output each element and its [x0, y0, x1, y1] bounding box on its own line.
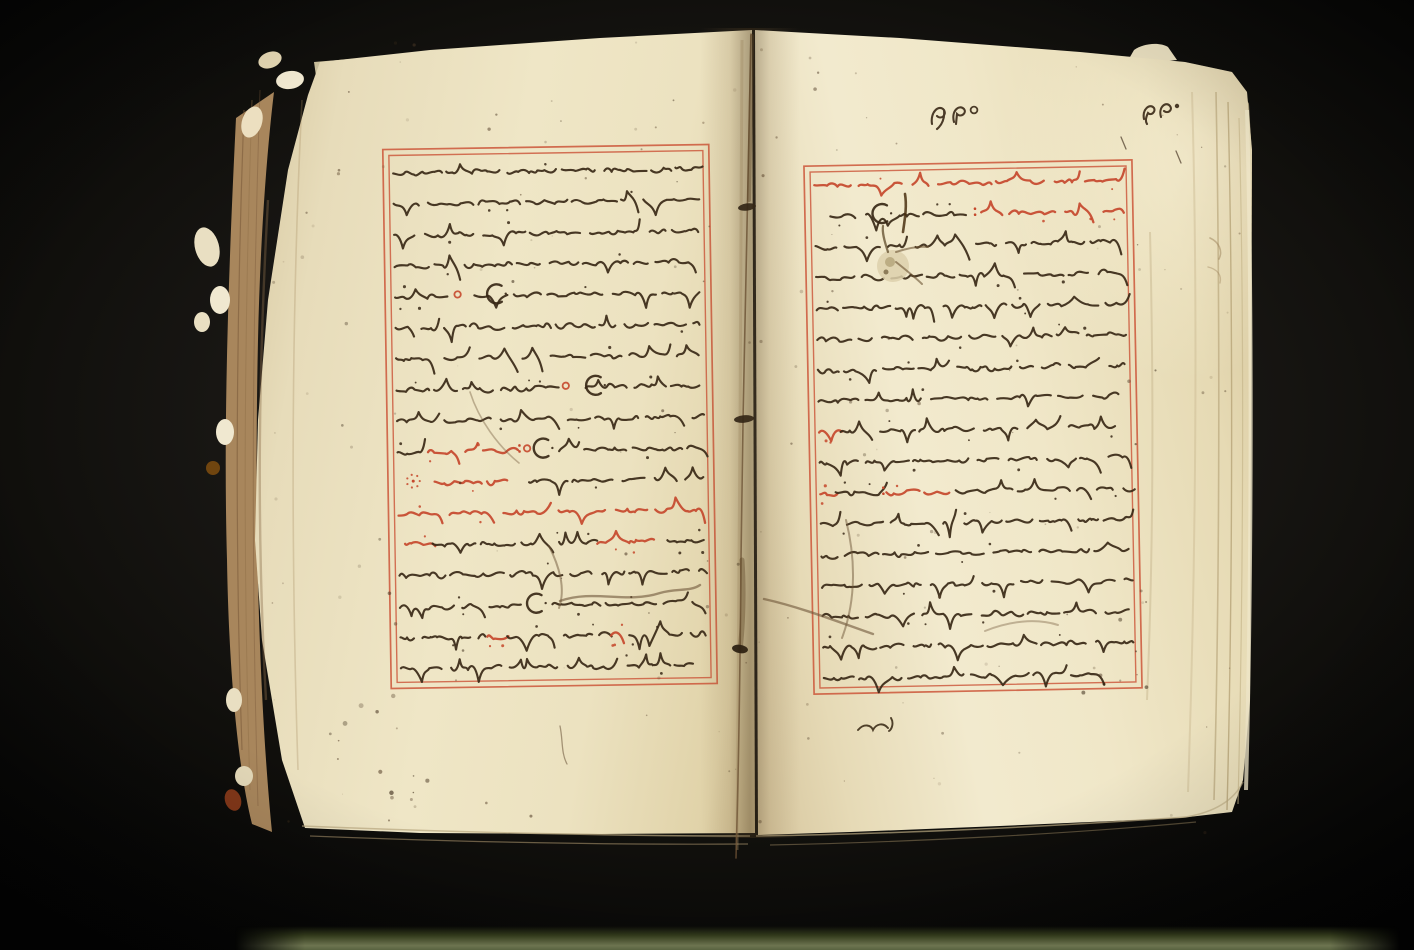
paper-speck [620, 452, 621, 453]
paper-speck [375, 710, 378, 713]
paper-speck [410, 798, 413, 801]
paper-speck [1093, 667, 1096, 670]
paper-speck [1119, 680, 1121, 682]
paper-speck [342, 794, 343, 795]
paper-speck [844, 780, 845, 781]
paper-speck [807, 737, 810, 740]
paper-speck [831, 234, 832, 235]
paper-speck [941, 732, 944, 735]
paper-speck [1154, 369, 1156, 371]
paper-speck [800, 290, 804, 294]
paper-speck [396, 727, 398, 729]
paper-speck [388, 819, 390, 821]
paper-speck [1098, 225, 1101, 228]
paper-speck [674, 293, 675, 294]
paper-speck [413, 792, 415, 794]
paper-speck [885, 409, 888, 412]
paper-speck [272, 281, 275, 284]
paper-speck [399, 61, 401, 63]
paper-speck [382, 165, 385, 168]
paper-speck [544, 141, 547, 144]
paper-speck [702, 122, 704, 124]
paper-speck [1081, 691, 1085, 695]
paper-speck [866, 117, 867, 118]
paper-speck [1016, 344, 1018, 346]
paper-speck [378, 770, 382, 774]
paper-speck [648, 612, 650, 614]
paper-speck [274, 699, 275, 700]
paper-speck [735, 769, 736, 770]
paper-speck [343, 721, 348, 726]
paper-speck [938, 782, 941, 785]
paper-speck [391, 694, 395, 698]
paper-speck [758, 820, 761, 823]
paper-speck [1138, 268, 1141, 271]
paper-speck [673, 99, 675, 101]
paper-speck [903, 702, 904, 703]
paper-speck [794, 365, 797, 368]
paper-speck [485, 802, 488, 805]
paper-speck [305, 212, 307, 214]
paper-speck [725, 613, 728, 616]
paper-speck [560, 120, 562, 122]
manuscript-photograph [0, 0, 1414, 950]
paper-speck [495, 113, 497, 115]
paper-speck [272, 602, 274, 604]
paper-speck [706, 605, 709, 608]
paper-speck [459, 482, 462, 485]
paper-speck [312, 224, 315, 227]
paper-speck [338, 169, 341, 172]
paper-speck [520, 194, 522, 196]
paper-speck [1018, 752, 1020, 754]
paper-speck [1180, 288, 1182, 290]
paper-speck [718, 731, 719, 732]
paper-speck [394, 412, 396, 414]
paper-speck [896, 143, 898, 145]
paper-speck [561, 578, 562, 579]
paper-speck [306, 392, 309, 395]
paper-speck [1145, 601, 1147, 603]
paper-speck [1066, 614, 1068, 616]
paper-speck [338, 740, 340, 742]
paper-speck [1224, 165, 1226, 167]
paper-speck [759, 340, 762, 343]
paper-speck [917, 402, 921, 406]
paper-speck [989, 512, 990, 513]
paper-speck [1202, 391, 1205, 394]
paper-speck [529, 815, 532, 818]
paper-speck [855, 72, 857, 74]
paper-speck [876, 449, 878, 451]
paper-speck [1118, 618, 1122, 622]
paper-speck [762, 174, 765, 177]
paper-speck [1009, 370, 1010, 371]
paper-speck [817, 72, 819, 74]
paper-speck [809, 57, 812, 60]
paper-speck [641, 148, 643, 150]
paper-speck [737, 563, 740, 566]
paper-speck [337, 172, 340, 175]
paper-speck [282, 582, 284, 584]
paper-speck [394, 622, 397, 625]
paper-speck [998, 666, 999, 667]
paper-speck [1145, 685, 1149, 689]
paper-speck [1127, 379, 1131, 383]
paper-speck [389, 791, 393, 795]
paper-speck [496, 550, 498, 552]
paper-speck [378, 538, 381, 541]
paper-speck [1170, 814, 1173, 817]
paper-speck [930, 530, 933, 533]
paper-speck [301, 255, 305, 259]
paper-speck [1135, 443, 1137, 445]
paper-speck [1045, 523, 1047, 525]
paper-speck [674, 265, 677, 268]
paper-speck [748, 341, 751, 344]
paper-speck [661, 409, 664, 412]
paper-speck [1136, 674, 1138, 676]
paper-speck [758, 641, 760, 643]
paper-speck [457, 365, 458, 366]
paper-speck [924, 606, 926, 608]
paper-speck [728, 770, 730, 772]
paper-speck [1102, 104, 1104, 106]
table-edge-strip [235, 926, 1400, 950]
paper-speck [787, 617, 789, 619]
paper-speck [707, 560, 709, 562]
paper-speck [570, 408, 573, 411]
paper-speck [552, 235, 553, 236]
paper-speck [745, 662, 747, 664]
paper-speck [413, 43, 416, 46]
paper-speck [329, 732, 332, 735]
paper-speck [790, 442, 792, 444]
paper-speck [414, 805, 417, 808]
paper-speck [895, 666, 898, 669]
paper-specks [0, 0, 1414, 950]
paper-speck [1099, 674, 1103, 678]
paper-speck [904, 556, 907, 559]
paper-speck [849, 400, 852, 403]
paper-speck [1137, 244, 1138, 245]
paper-speck [1012, 432, 1013, 433]
paper-speck [1017, 289, 1019, 291]
paper-speck [1141, 601, 1144, 604]
paper-speck [1203, 831, 1206, 834]
paper-speck [341, 424, 344, 427]
paper-speck [676, 181, 677, 182]
paper-speck [345, 322, 348, 325]
paper-speck [1210, 376, 1213, 379]
paper-speck [1227, 312, 1229, 314]
paper-speck [394, 41, 397, 44]
paper-speck [985, 662, 988, 665]
paper-speck [733, 88, 736, 91]
paper-speck [511, 280, 514, 283]
paper-speck [455, 679, 457, 681]
paper-speck [337, 758, 339, 760]
paper-speck [406, 118, 409, 121]
paper-speck [425, 779, 429, 783]
paper-speck [646, 715, 648, 717]
paper-speck [1135, 650, 1137, 652]
paper-speck [530, 239, 532, 241]
paper-speck [1140, 589, 1143, 592]
paper-speck [624, 552, 627, 555]
paper-speck [760, 531, 761, 532]
paper-speck [888, 338, 890, 340]
paper-speck [348, 91, 350, 93]
paper-speck [274, 432, 275, 433]
paper-speck [413, 775, 415, 777]
paper-speck [708, 226, 710, 228]
paper-speck [388, 592, 392, 596]
paper-speck [934, 531, 937, 534]
paper-speck [350, 446, 353, 449]
paper-speck [551, 100, 553, 102]
paper-speck [634, 128, 637, 131]
paper-speck [358, 565, 361, 568]
paper-speck [806, 703, 809, 706]
paper-speck [863, 453, 866, 456]
paper-speck [1077, 526, 1079, 528]
paper-speck [1097, 248, 1099, 250]
paper-speck [703, 281, 705, 283]
paper-speck [1224, 390, 1226, 392]
paper-speck [487, 127, 490, 130]
paper-speck [1201, 147, 1202, 148]
paper-speck [1206, 726, 1207, 727]
paper-speck [274, 497, 277, 500]
paper-speck [1162, 115, 1163, 116]
paper-speck [283, 261, 285, 263]
paper-speck [655, 126, 657, 128]
paper-speck [1229, 668, 1230, 669]
paper-speck [635, 42, 637, 44]
paper-speck [1071, 366, 1074, 369]
paper-speck [775, 136, 777, 138]
paper-speck [813, 87, 817, 91]
paper-speck [564, 667, 565, 668]
paper-speck [836, 149, 838, 151]
paper-speck [760, 48, 763, 51]
paper-speck [287, 820, 289, 822]
paper-speck [657, 676, 660, 679]
paper-speck [390, 796, 394, 800]
paper-speck [674, 432, 675, 433]
paper-speck [480, 268, 483, 271]
paper-speck [1076, 66, 1077, 67]
paper-speck [831, 290, 833, 292]
paper-speck [933, 778, 934, 779]
paper-speck [585, 177, 587, 179]
paper-speck [338, 596, 341, 599]
paper-speck [534, 267, 536, 269]
paper-speck [1177, 134, 1178, 135]
paper-speck [1164, 269, 1165, 270]
paper-speck [462, 649, 465, 652]
paper-speck [857, 534, 860, 537]
paper-speck [359, 703, 364, 708]
paper-speck [938, 595, 941, 598]
paper-speck [1239, 233, 1241, 235]
